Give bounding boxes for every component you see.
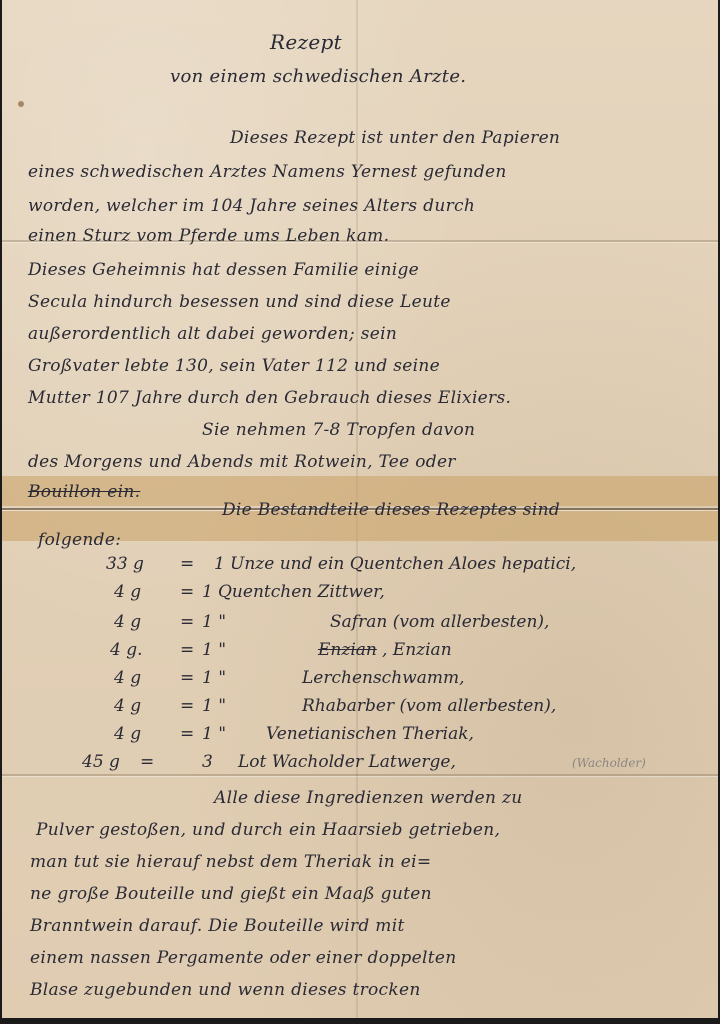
text-line: Sie nehmen 7-8 Tropfen davon xyxy=(202,420,475,440)
text-line: des Morgens und Abends mit Rotwein, Tee … xyxy=(28,452,456,472)
horizontal-fold-crease xyxy=(2,774,718,776)
handwritten-recipe-page: Rezept von einem schwedischen Arzte. Die… xyxy=(2,0,718,1018)
text-line: Die Bestandteile dieses Rezeptes sind xyxy=(222,500,560,520)
ingredient-name: Safran (vom allerbesten), xyxy=(330,612,549,632)
ingredient-note: (Wacholder) xyxy=(572,756,646,770)
text-line: Dieses Rezept ist unter den Papieren xyxy=(230,128,560,148)
text-line: einen Sturz vom Pferde ums Leben kam. xyxy=(28,226,389,246)
ink-stain xyxy=(18,101,24,107)
ingredient-amount: 4 g xyxy=(114,612,141,632)
equals-sign: = xyxy=(180,554,194,574)
text-line: Bouillon ein. xyxy=(28,482,140,502)
text-line: Großvater lebte 130, sein Vater 112 und … xyxy=(28,356,440,376)
ingredient-name: Venetianischen Theriak, xyxy=(266,724,474,744)
text-line: man tut sie hierauf nebst dem Theriak in… xyxy=(30,852,431,872)
ingredient-quantity: 3 xyxy=(202,752,213,772)
equals-sign: = xyxy=(180,582,194,602)
text-line: Alle diese Ingredienzen werden zu xyxy=(214,788,522,808)
text-line: einem nassen Pergamente oder einer doppe… xyxy=(30,948,456,968)
ingredient-quantity: 1 " xyxy=(202,640,226,660)
equals-sign: = xyxy=(180,640,194,660)
ingredient-amount: 33 g xyxy=(106,554,144,574)
ingredient-quantity: 1 xyxy=(214,554,225,574)
ingredient-amount: 45 g xyxy=(82,752,120,772)
equals-sign: = xyxy=(180,668,194,688)
text-line: worden, welcher im 104 Jahre seines Alte… xyxy=(28,196,475,216)
text-line: Secula hindurch besessen und sind diese … xyxy=(28,292,451,312)
ingredient-amount: 4 g xyxy=(114,724,141,744)
document-subtitle: von einem schwedischen Arzte. xyxy=(170,66,466,87)
text-line: Pulver gestoßen, und durch ein Haarsieb … xyxy=(36,820,500,840)
ingredient-quantity: 1 " xyxy=(202,724,226,744)
text-line: eines schwedischen Arztes Namens Yernest… xyxy=(28,162,507,182)
ingredient-amount: 4 g xyxy=(114,696,141,716)
text-line: ne große Bouteille und gießt ein Maaß gu… xyxy=(30,884,432,904)
ingredient-quantity: 1 " xyxy=(202,696,226,716)
ingredient-quantity: 1 " xyxy=(202,612,226,632)
ingredient-name-crossed-out: Enzian xyxy=(318,640,377,660)
text-line: Blase zugebunden und wenn dieses trocken xyxy=(30,980,421,1000)
equals-sign: = xyxy=(180,612,194,632)
document-title: Rezept xyxy=(270,30,342,54)
ingredient-quantity: 1 " xyxy=(202,668,226,688)
equals-sign: = xyxy=(140,752,154,772)
equals-sign: = xyxy=(180,696,194,716)
ingredient-name: Lerchenschwamm, xyxy=(302,668,464,688)
ingredient-name: Rhabarber (vom allerbesten), xyxy=(302,696,556,716)
text-line: Mutter 107 Jahre durch den Gebrauch dies… xyxy=(28,388,511,408)
text-line: folgende: xyxy=(38,530,121,550)
text-line: Dieses Geheimnis hat dessen Familie eini… xyxy=(28,260,419,280)
ingredient-name: Unze und ein Quentchen Aloes hepatici, xyxy=(230,554,576,574)
ingredient-name: Quentchen Zittwer, xyxy=(218,582,385,602)
equals-sign: = xyxy=(180,724,194,744)
ingredient-amount: 4 g. xyxy=(110,640,143,660)
text-line: Branntwein darauf. Die Bouteille wird mi… xyxy=(30,916,405,936)
ingredient-quantity: 1 xyxy=(202,582,213,602)
ingredient-name: Lot Wacholder Latwerge, xyxy=(238,752,456,772)
ingredient-amount: 4 g xyxy=(114,582,141,602)
text-line: außerordentlich alt dabei geworden; sein xyxy=(28,324,397,344)
ingredient-name: , Enzian xyxy=(382,640,452,660)
ingredient-amount: 4 g xyxy=(114,668,141,688)
